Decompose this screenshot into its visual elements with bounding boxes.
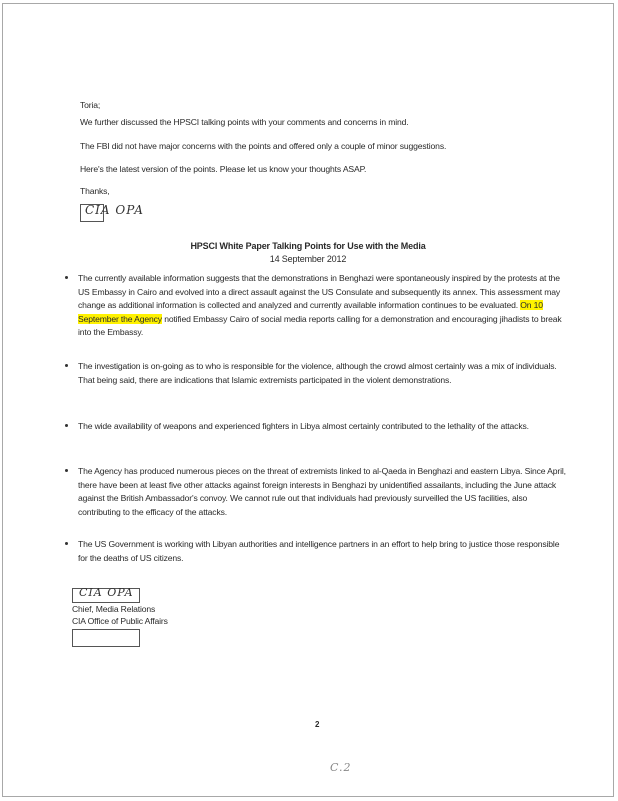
- signature-title: Chief, Media Relations: [72, 604, 155, 614]
- document-title: HPSCI White Paper Talking Points for Use…: [3, 241, 613, 251]
- bullet-icon: [65, 424, 68, 427]
- email-paragraph: We further discussed the HPSCI talking p…: [80, 117, 408, 127]
- bullet-icon: [65, 276, 68, 279]
- signature-office: CIA Office of Public Affairs: [72, 616, 168, 626]
- document-page: Toria; We further discussed the HPSCI ta…: [2, 3, 614, 797]
- handwritten-signature: CIA OPA: [79, 586, 134, 599]
- document-date: 14 September 2012: [3, 254, 613, 264]
- salutation: Toria;: [80, 100, 100, 110]
- bullet-icon: [65, 364, 68, 367]
- document-body: Toria; We further discussed the HPSCI ta…: [3, 4, 613, 796]
- redaction-box: [72, 629, 140, 647]
- page-number: 2: [315, 720, 319, 729]
- email-paragraph: The FBI did not have major concerns with…: [80, 141, 446, 151]
- bullet-icon: [65, 542, 68, 545]
- handwritten-mark: C.2: [330, 761, 352, 774]
- bullet-icon: [65, 469, 68, 472]
- handwritten-sender: CIA OPA: [85, 203, 144, 217]
- email-paragraph: Here's the latest version of the points.…: [80, 164, 366, 174]
- email-closing: Thanks,: [80, 186, 110, 196]
